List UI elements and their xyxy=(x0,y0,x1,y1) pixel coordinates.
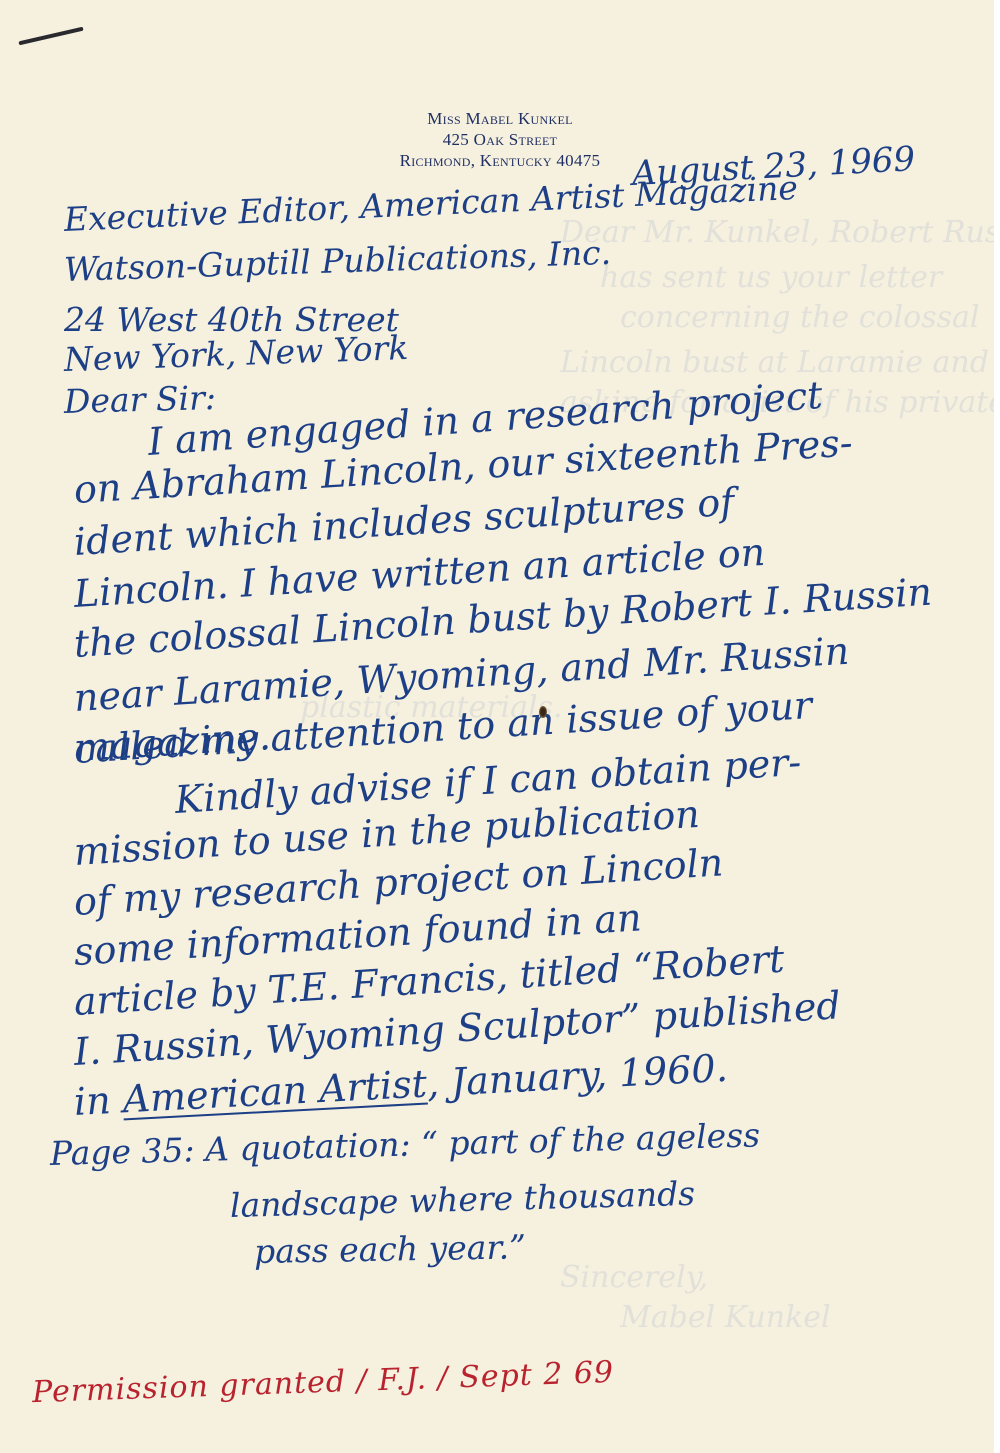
show-through-text: Lincoln bust at Laramie and xyxy=(560,345,989,380)
letterhead-city: Richmond, Kentucky 40475 xyxy=(360,150,640,171)
publication-prefix: in xyxy=(73,1077,124,1123)
quotation-line: pass each year.” xyxy=(254,1227,527,1271)
ink-stain xyxy=(539,706,547,718)
publication-title: American Artist xyxy=(122,1062,428,1122)
corner-pen-mark xyxy=(18,27,83,46)
quotation-line: Page 35: A quotation: “ part of the agel… xyxy=(49,1115,760,1173)
letterhead: Miss Mabel Kunkel 425 Oak Street Richmon… xyxy=(360,108,640,171)
letter-page: Dear Mr. Kunkel, Robert Russin has sent … xyxy=(0,0,996,1453)
show-through-text: has sent us your letter xyxy=(600,260,942,295)
letterhead-name: Miss Mabel Kunkel xyxy=(360,108,640,129)
recipient-line: Watson-Guptill Publications, Inc. xyxy=(63,233,611,289)
show-through-text: Dear Mr. Kunkel, Robert Russin xyxy=(560,215,1000,250)
letterhead-street: 425 Oak Street xyxy=(360,129,640,150)
quotation-line: landscape where thousands xyxy=(229,1174,695,1225)
show-through-text: Sincerely, xyxy=(560,1260,708,1295)
publication-suffix: , January, 1960. xyxy=(426,1046,729,1106)
show-through-text: concerning the colossal xyxy=(620,300,980,335)
permission-annotation: Permission granted / F.J. / Sept 2 69 xyxy=(32,1355,615,1410)
salutation: Dear Sir: xyxy=(63,378,216,421)
scan-edge xyxy=(994,0,1000,1453)
show-through-text: Mabel Kunkel xyxy=(620,1300,831,1335)
